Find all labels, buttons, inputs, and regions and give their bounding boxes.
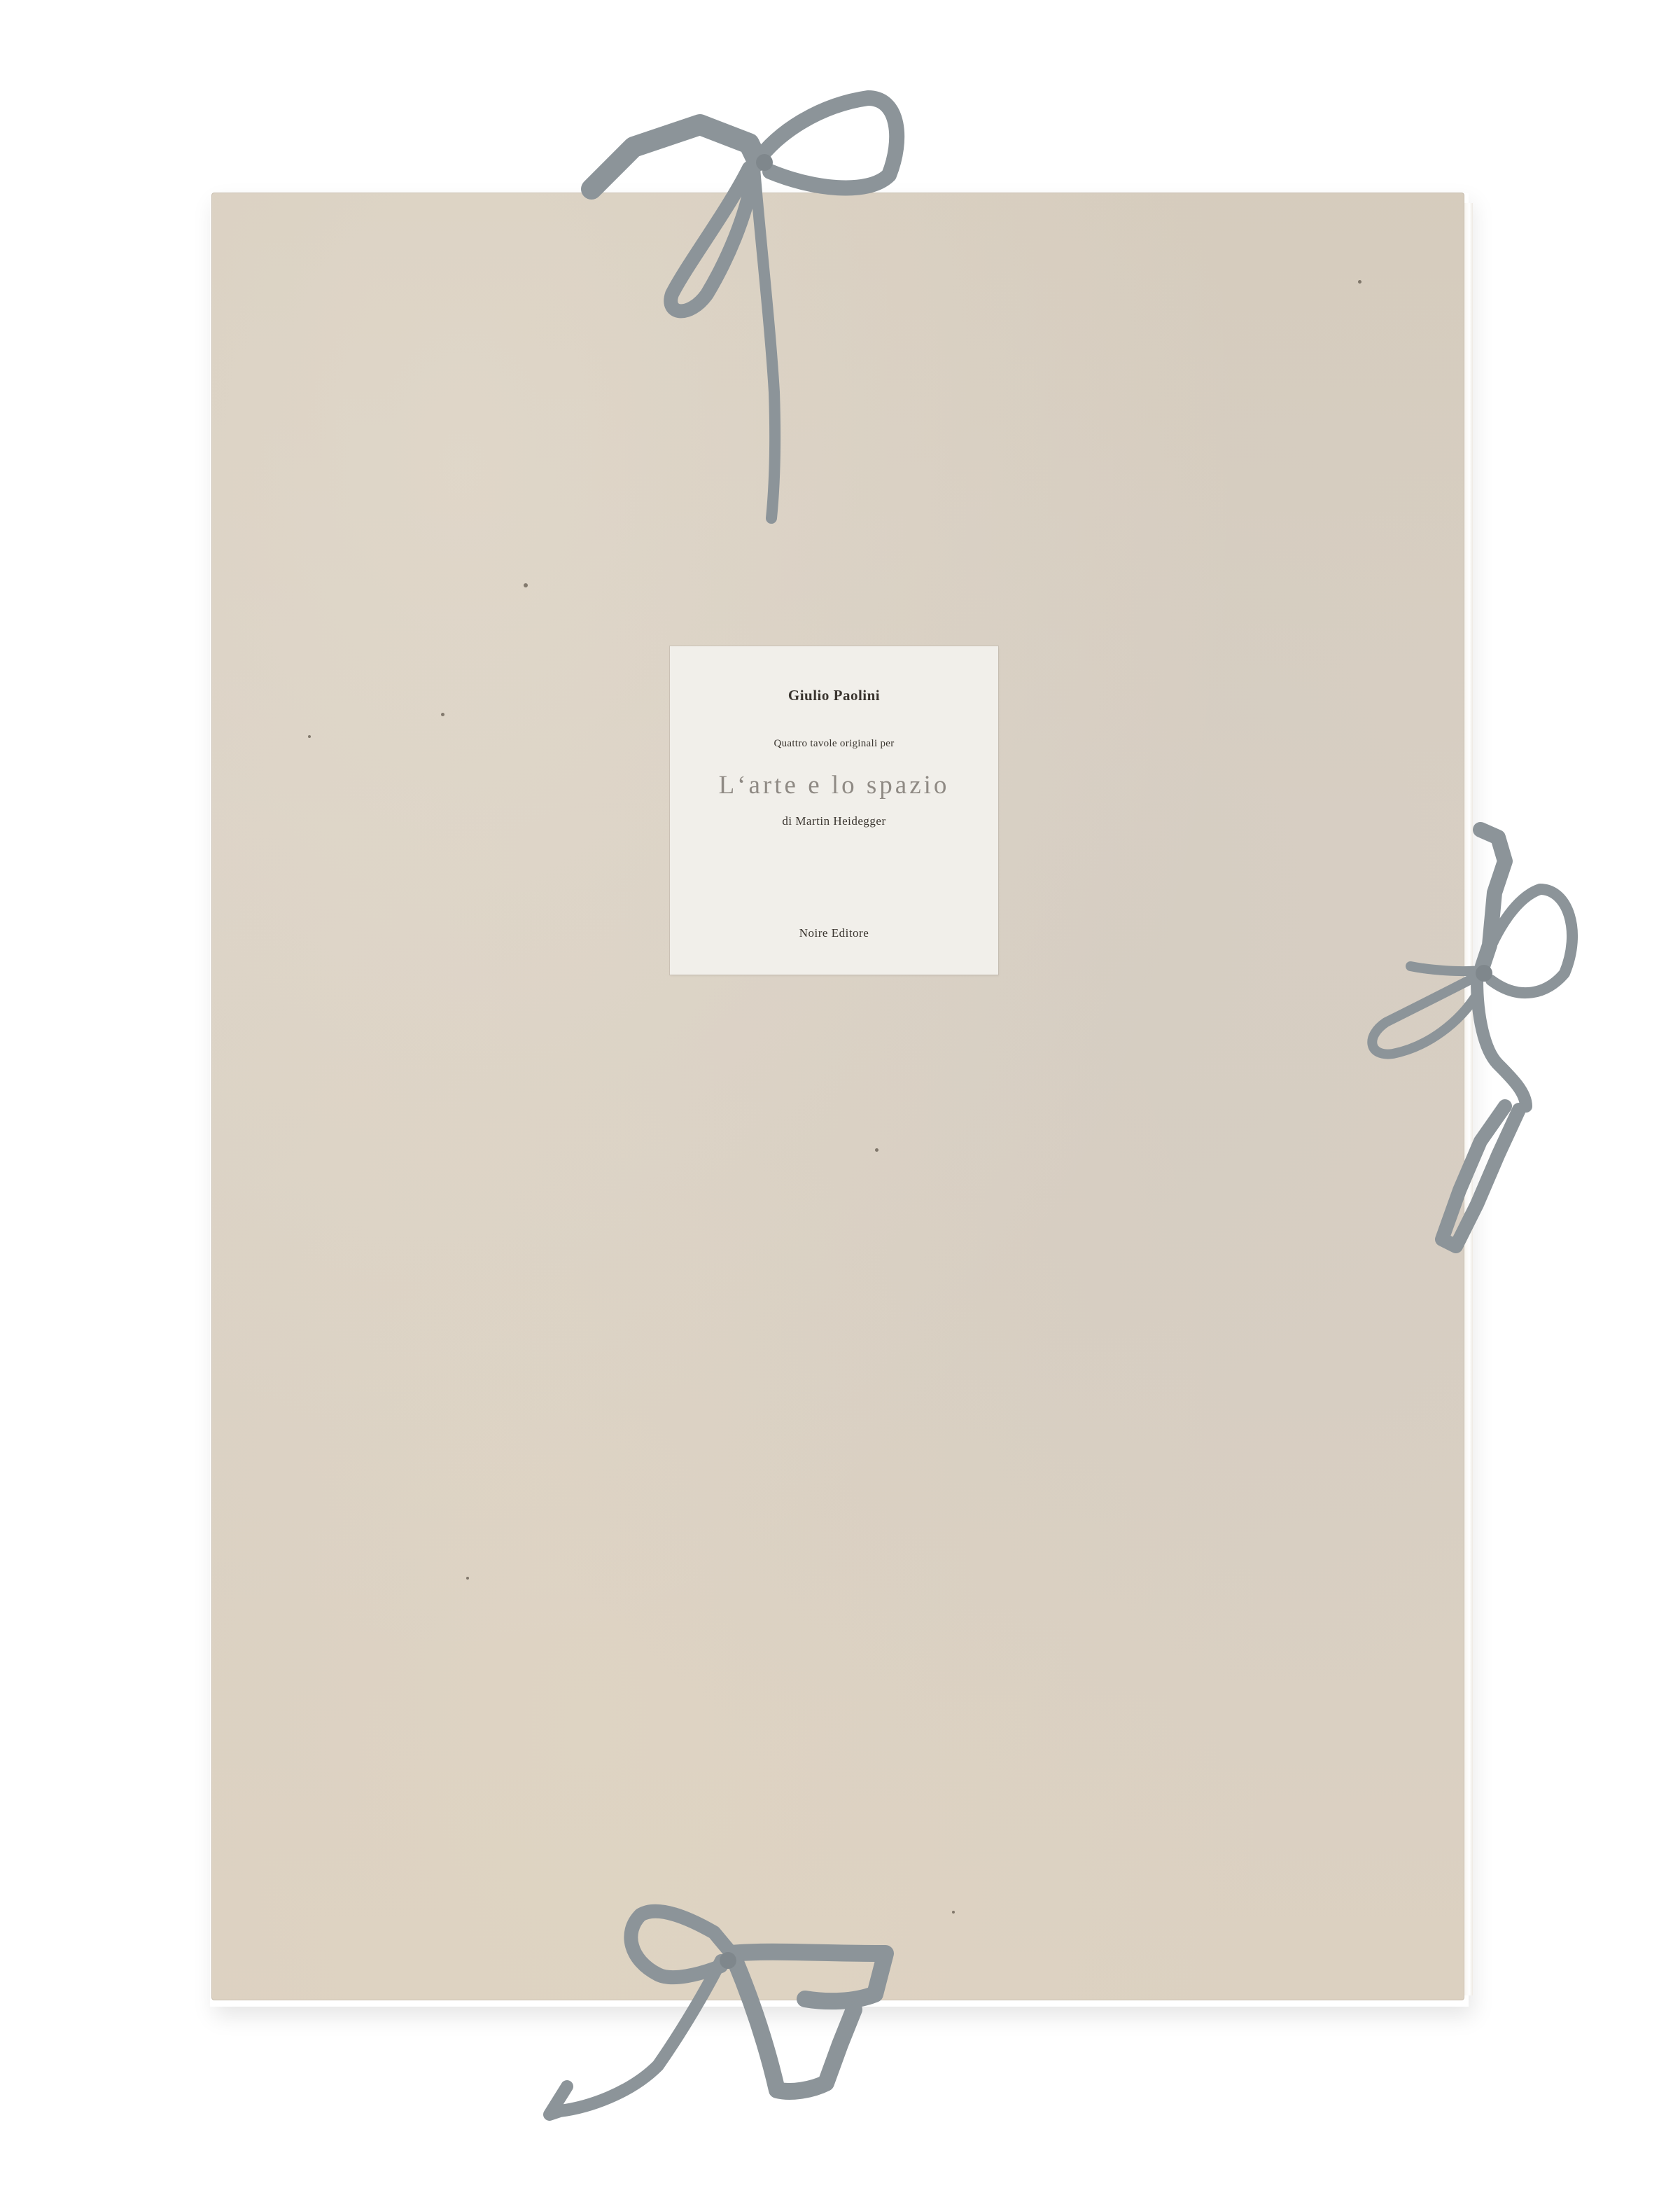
bottom-ribbon-tie (0, 0, 1680, 2195)
bottom-tie-knot (720, 1952, 736, 1969)
